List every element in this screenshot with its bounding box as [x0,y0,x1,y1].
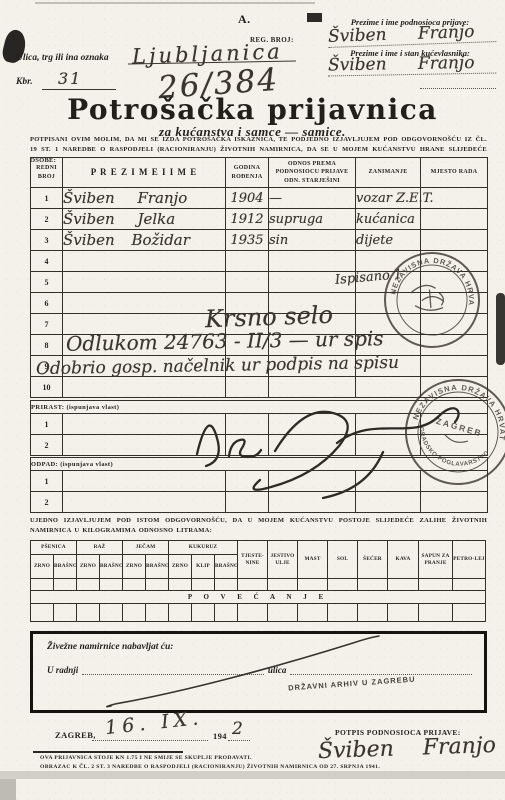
col-secer: ŠEĆER [358,541,388,579]
col-godina: GODINA ROĐENJA [226,158,269,188]
empty-cell [146,579,169,591]
empty-cell [356,492,421,513]
supplies-empty-row [31,579,486,591]
kbr-label: Kbr. [16,77,33,87]
empty-cell [63,492,226,513]
sub-brasno: BRAŠNO [215,555,238,579]
person-name: Šviben Božidar [63,230,226,251]
empty-cell [192,579,215,591]
empty-cell [54,579,77,591]
person-occupation: vozar Z.E.T. [356,188,421,209]
row-number: 10 [31,377,63,398]
row-number: 2 [31,492,63,513]
eagle-emblem-icon [409,283,446,312]
persons-header-row: REDNI BROJ P R E Z I M E I I M E GODINA … [31,158,488,188]
page-title: Potrošačka prijavnica [0,93,505,126]
empty-cell [388,604,419,622]
ulica-label: Ulica, trg ili ina oznaka [16,53,109,63]
sub-brasno: BRAŠNO [146,555,169,579]
podnosilac-handwritten-name: Šviben Franjo [328,21,497,48]
povecanje-label: P O V E Ć A N J E [31,591,486,604]
sub-zrno: ZRNO [77,555,100,579]
scan-artifact [496,293,505,365]
group-jecam: JEČAM [123,541,169,555]
empty-cell [226,377,269,398]
empty-cell [328,579,358,591]
empty-cell [453,604,486,622]
empty-cell [100,604,123,622]
odpad-row: 1 [31,471,488,492]
person-row: 2 Šviben Jelka 1912 supruga kućanica [31,209,488,230]
odpad-row: 2 [31,492,488,513]
col-prezime-ime: P R E Z I M E I I M E [63,158,226,188]
supplies-group-row: PŠENICA RAŽ JEČAM KUKURUZ TJESTE-NINE JE… [31,541,486,555]
person-row: 1 Šviben Franjo 1904 — vozar Z.E.T. [31,188,488,209]
kucevlasnik-handwritten-name: Šviben Franjo [328,53,496,77]
col-redni-broj: REDNI BROJ [31,158,63,188]
notes-rule [33,751,183,753]
empty-cell [169,579,192,591]
empty-cell [54,604,77,622]
col-sol: SOL [328,541,358,579]
pen-stroke [33,634,484,710]
empty-cell [268,579,298,591]
empty-cell [328,604,358,622]
dotted-rule [420,80,496,89]
row-number: 3 [31,230,63,251]
empty-cell [146,604,169,622]
empty-cell [356,471,421,492]
empty-cell [421,492,488,513]
empty-cell [215,579,238,591]
scan-artifact [0,771,505,779]
empty-cell [269,492,356,513]
col-jestivo-ulje: JESTIVO ULJE [268,541,298,579]
empty-cell [63,272,226,293]
sub-brasno: BRAŠNO [54,555,77,579]
row-number: 6 [31,293,63,314]
empty-cell [63,377,226,398]
group-raz: RAŽ [77,541,123,555]
person-name: Šviben Jelka [63,209,226,230]
footnote-decree: OBRAZAC K ČL. 2 ST. 3 NAREDBE O RASPODJE… [40,764,480,770]
empty-cell [100,579,123,591]
empty-cell [226,471,269,492]
sub-zrno: ZRNO [31,555,54,579]
row-number: 7 [31,314,63,335]
group-psenica: PŠENICA [31,541,77,555]
person-name: Šviben Franjo [63,188,226,209]
person-year: 1904 [226,188,269,209]
col-zanimanje: ZANIMANJE [356,158,421,188]
odpad-label: ODPAD: (ispunjava vlast) [31,458,488,471]
odpad-header-row: ODPAD: (ispunjava vlast) [31,458,488,471]
supplies-paragraph: UJEDNO IZJAVLJUJEM POD ISTOM ODGOVORNOŠĆ… [30,516,487,537]
row-number: 1 [31,188,63,209]
person-occupation: kućanica [356,209,421,230]
empty-cell [169,604,192,622]
col-sapun: SAPUN ZA PRANJE [419,541,453,579]
col-mjesto-rada: MJESTO RADA [421,158,488,188]
empty-cell [421,471,488,492]
empty-cell [388,579,419,591]
supplies-table: PŠENICA RAŽ JEČAM KUKURUZ TJESTE-NINE JE… [30,540,486,622]
empty-cell [226,251,269,272]
empty-cell [268,604,298,622]
sub-klip: KLIP [192,555,215,579]
row-number: 4 [31,251,63,272]
empty-cell [63,471,226,492]
empty-cell [63,293,226,314]
year-handwritten: 2 [232,719,243,739]
section-letter: A. [238,12,250,27]
empty-cell [269,377,356,398]
supplies-empty-row [31,604,486,622]
odpad-table: ODPAD: (ispunjava vlast) 1 2 [30,457,488,513]
empty-cell [298,604,328,622]
empty-cell [419,604,453,622]
person-relation: sin [269,230,356,251]
city-label: ZAGREB, [55,730,96,740]
empty-cell [358,579,388,591]
col-mast: MAST [298,541,328,579]
empty-cell [226,272,269,293]
empty-cell [238,579,268,591]
empty-cell [269,251,356,272]
person-relation: supruga [269,209,356,230]
empty-cell [63,251,226,272]
row-number: 8 [31,335,63,356]
row-number: 5 [31,272,63,293]
scan-artifact [307,13,322,22]
sub-brasno: BRAŠNO [100,555,123,579]
empty-cell [298,579,328,591]
scan-artifact [0,779,16,800]
scanned-form-page: A. REG. BROJ: Prezime i ime podnosioca p… [0,0,505,800]
empty-cell [226,492,269,513]
empty-cell [419,579,453,591]
row-number: 2 [31,209,63,230]
sub-zrno: ZRNO [169,555,192,579]
empty-cell [453,579,486,591]
povecanje-row: P O V E Ć A N J E [31,591,486,604]
state-seal-stamp: NEZAVISNA DRŽAVA HRVATSKA [373,241,490,358]
row-number: 1 [31,414,63,435]
empty-cell [77,579,100,591]
empty-cell [123,604,146,622]
empty-cell [421,209,488,230]
kbr-handwritten-value: 31 [58,69,82,88]
col-odnos: ODNOS PREMA PODNOSIOCU PRIJAVE ODN. STAR… [269,158,356,188]
empty-cell [269,471,356,492]
row-number: 1 [31,471,63,492]
col-kava: KAVA [388,541,419,579]
empty-cell [238,604,268,622]
empty-cell [215,604,238,622]
col-petrolej: PETRO-LEJ [453,541,486,579]
empty-cell [358,604,388,622]
empty-cell [123,579,146,591]
scan-artifact [35,2,315,4]
col-tjestenine: TJESTE-NINE [238,541,268,579]
sub-zrno: ZRNO [123,555,146,579]
empty-cell [31,604,54,622]
person-year: 1912 [226,209,269,230]
empty-cell [192,604,215,622]
empty-cell [31,579,54,591]
footnote-price: OVA PRIJAVNICA STOJE KN 1.75 I NE SMIJE … [40,755,460,761]
person-relation: — [269,188,356,209]
empty-cell [77,604,100,622]
person-year: 1935 [226,230,269,251]
group-kukuruz: KUKURUZ [169,541,238,555]
purchase-box: Živežne namirnice nabavljat ću: U radnji… [30,631,487,713]
year-printed: 194 [213,731,227,741]
row-number: 2 [31,435,63,456]
